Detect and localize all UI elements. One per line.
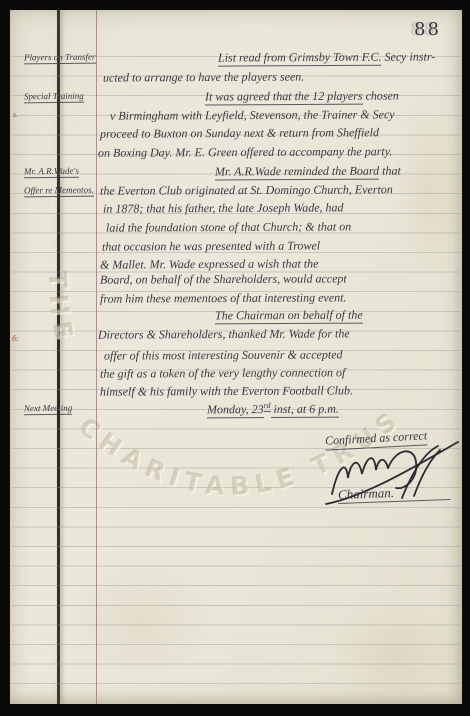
entry-text: proceed to Buxton on Sunday next & retur… [100,125,379,141]
manuscript-line: laid the foundation stone of that Church… [0,220,470,240]
manuscript-line: proceed to Buxton on Sunday next & retur… [0,126,470,146]
manuscript-line: on Boxing Day. Mr. E. Green offered to a… [0,145,470,165]
manuscript-line: Next MeetingMonday, 23rd inst, at 6 p.m. [0,401,470,421]
entry-text: laid the foundation stone of that Church… [106,219,351,235]
entry-text: in 1878; that his father, the late Josep… [103,200,344,216]
ledger-page-photo: THE CHARITABLE TRUST THE CHARITABLE TRUS… [0,0,470,716]
entry-text: on Boxing Day. Mr. E. Green offered to a… [98,144,392,161]
manuscript-line: Players on TransferList read from Grimsb… [0,50,470,70]
entry-text: v Birmingham with Leyfield, Stevenson, t… [110,107,395,123]
entry-text: the gift as a token of the very lengthy … [100,365,345,381]
manuscript-line: The Chairman on behalf of the [0,308,470,328]
manuscript-line: v Birmingham with Leyfield, Stevenson, t… [0,108,470,128]
entry-text: Monday, 23rd inst, at 6 p.m. [207,401,339,418]
entry-text: ucted to arrange to have the players see… [103,69,304,85]
manuscript-text-block: Players on TransferList read from Grimsb… [0,0,470,716]
entry-text: himself & his family with the Everton Fo… [100,383,353,399]
entry-text: offer of this most interesting Souvenir … [104,347,343,363]
margin-heading: Mr. A.R.Wade's [24,166,79,179]
manuscript-line: Board, on behalf of the Shareholders, wo… [0,272,470,292]
margin-heading: Players on Transfer [24,52,96,65]
entry-text: that occasion he was presented with a Tr… [102,238,320,254]
manuscript-line: Special TrainingIt was agreed that the 1… [0,89,470,109]
margin-heading: Next Meeting [24,403,72,416]
manuscript-line: in 1878; that his father, the late Josep… [0,201,470,221]
margin-heading: Special Training [24,91,84,104]
margin-heading: Offer re Mementos. [24,185,94,198]
manuscript-line: Directors & Shareholders, thanked Mr. Wa… [0,327,470,347]
manuscript-line: Mr. A.R.Wade'sMr. A.R.Wade reminded the … [0,164,470,184]
entry-text: The Chairman on behalf of the [215,308,363,324]
entry-text: Directors & Shareholders, thanked Mr. Wa… [98,326,350,342]
entry-text: & Mallet. Mr. Wade expressed a wish that… [100,256,318,272]
manuscript-line: ucted to arrange to have the players see… [0,70,470,90]
entry-text: the Everton Club originated at St. Domin… [100,182,393,199]
entry-text: It was agreed that the 12 players chosen [205,88,399,104]
entry-text: from him these mementoes of that interes… [100,290,346,306]
entry-text: Mr. A.R.Wade reminded the Board that [215,164,401,180]
entry-text: List read from Grimsby Town F.C. Secy in… [218,49,435,65]
entry-text: Board, on behalf of the Shareholders, wo… [100,271,347,287]
